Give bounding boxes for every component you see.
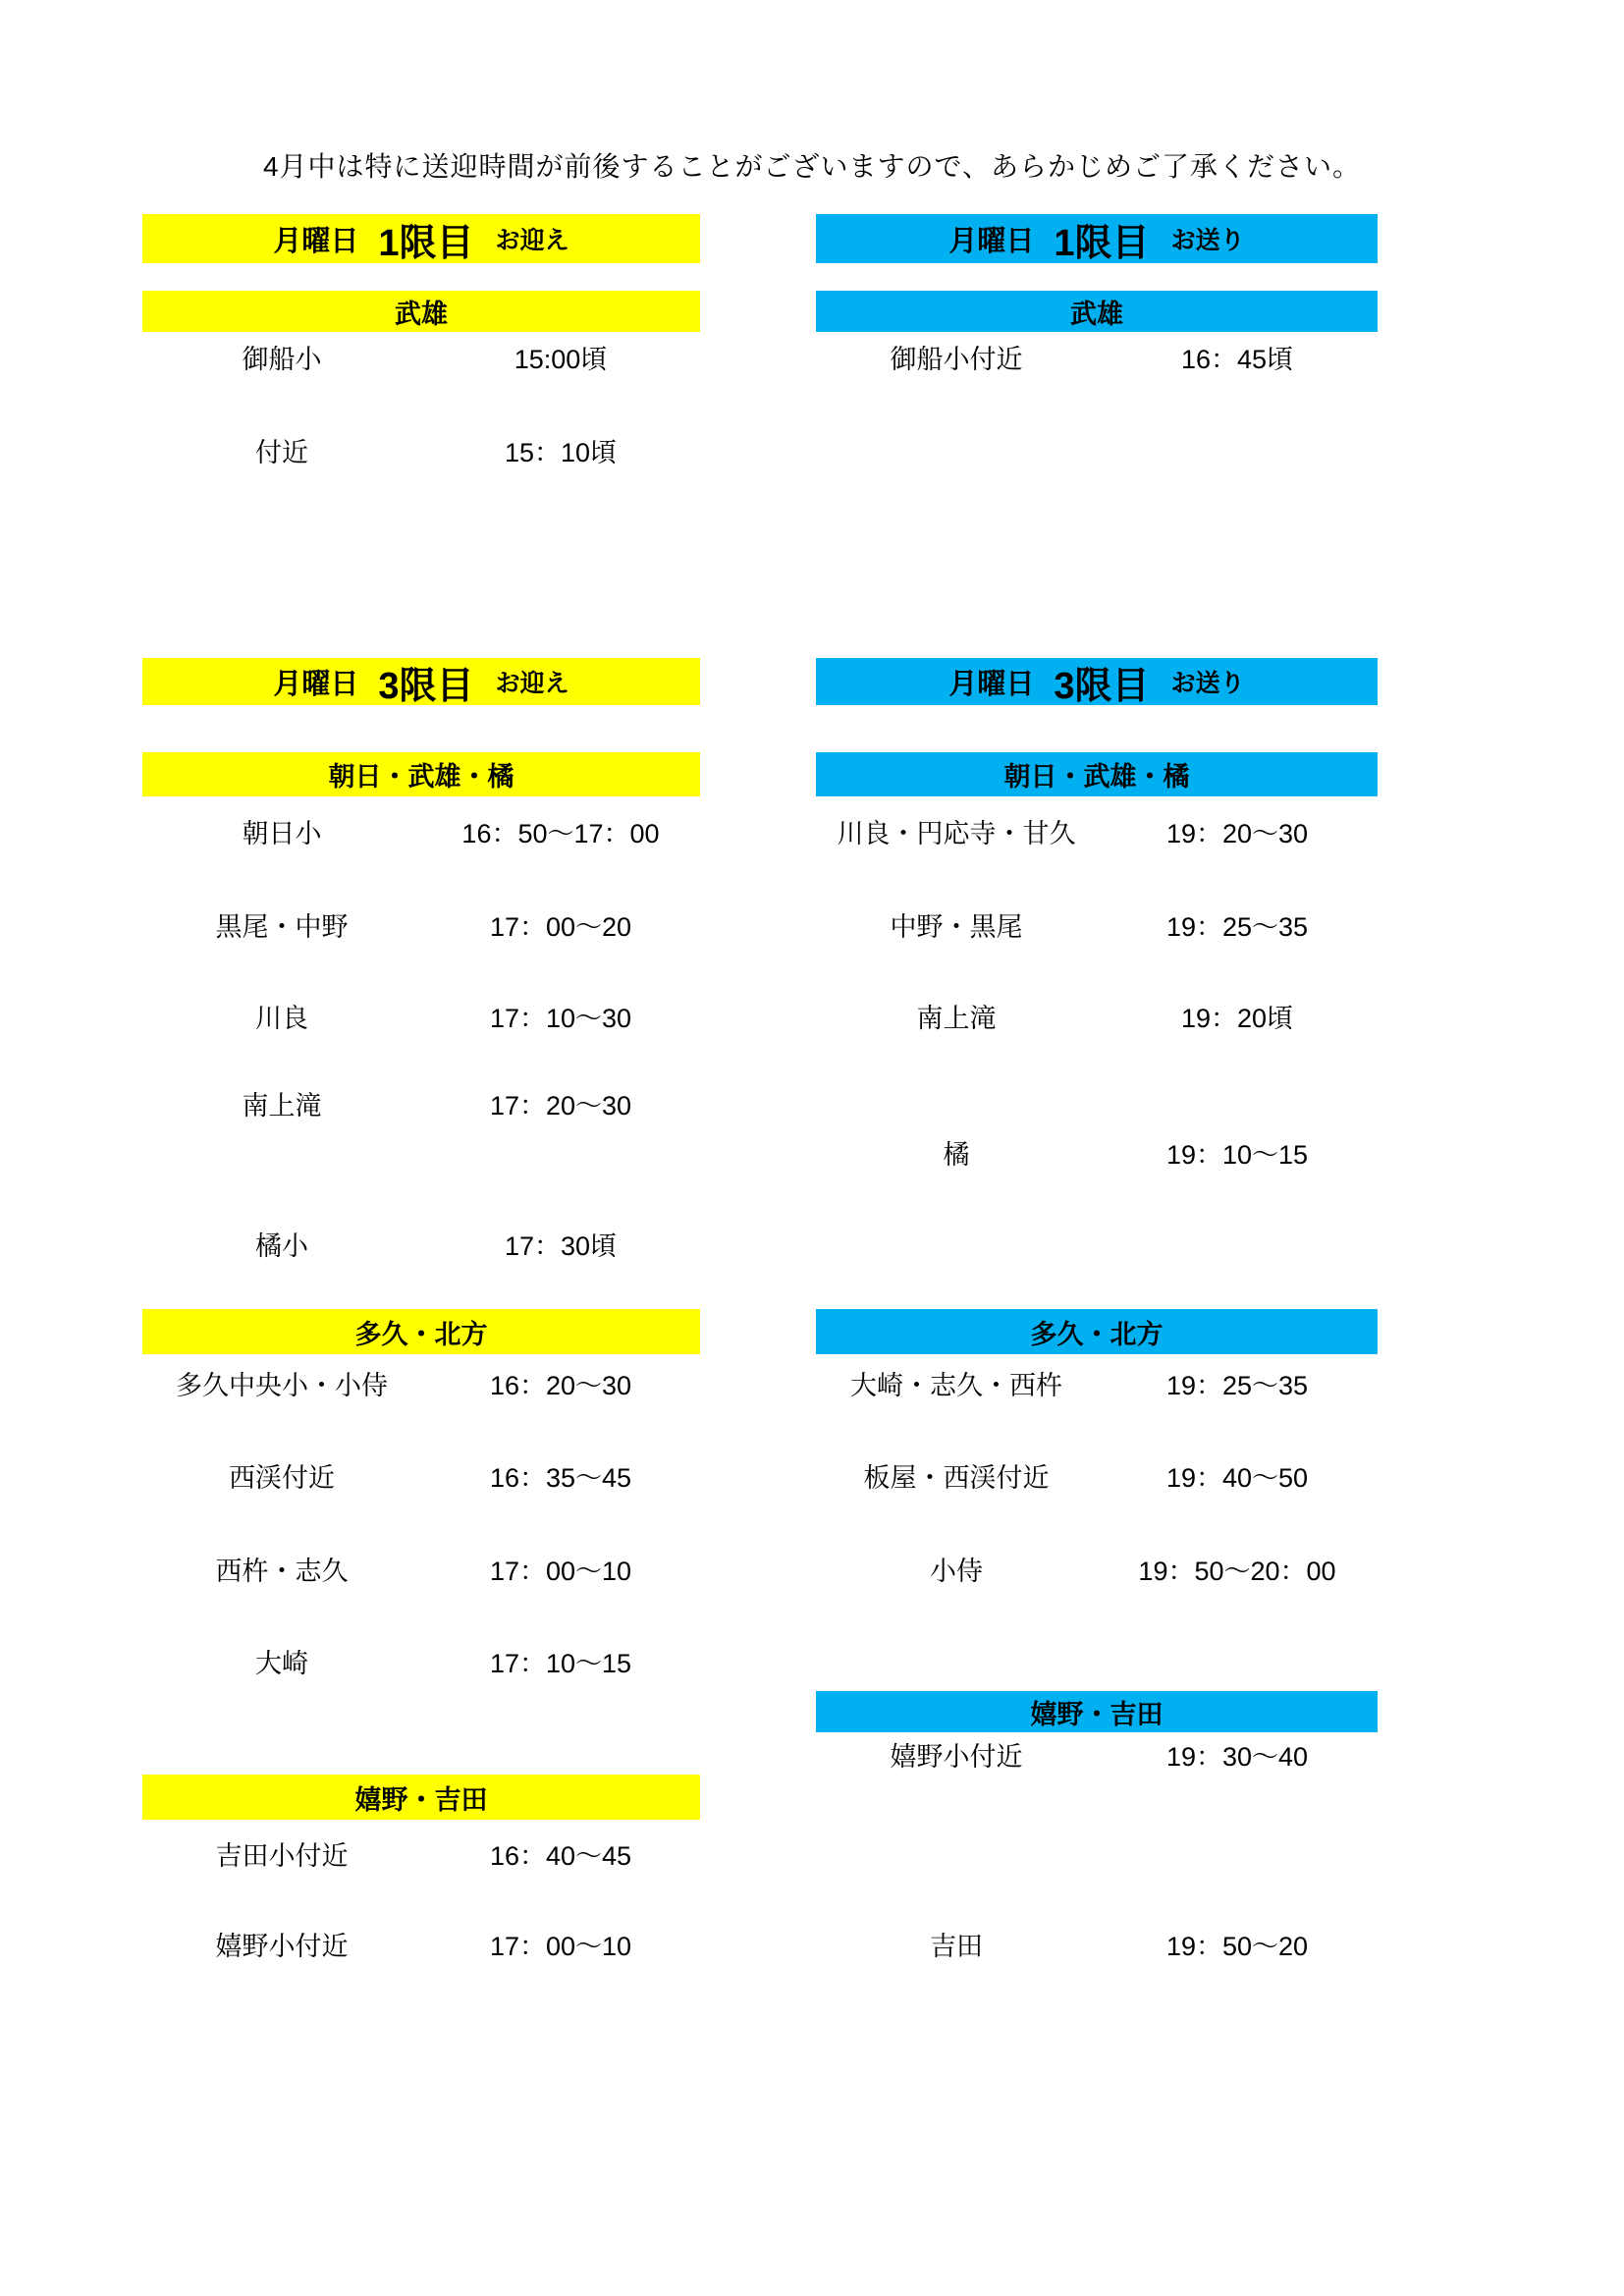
schedule-row: 嬉野小付近 19：30～40 xyxy=(816,1736,1378,1772)
place-label: 御船小 xyxy=(142,338,421,376)
time-value: 19：10～15 xyxy=(1097,1133,1378,1172)
area-band-label: 朝日・武雄・橘 xyxy=(329,755,514,793)
area-band-ureshino-dropoff: 嬉野・吉田 xyxy=(816,1691,1378,1732)
time-value: 19：40～50 xyxy=(1097,1456,1378,1495)
area-band-asahi-dropoff: 朝日・武雄・橘 xyxy=(816,752,1378,796)
time-value: 15:00頃 xyxy=(421,338,700,376)
schedule-row: 橘 19：10～15 xyxy=(816,1134,1378,1170)
area-band-taku-dropoff: 多久・北方 xyxy=(816,1309,1378,1354)
section-header-mon3-dropoff: 月曜日 3限目 お送り xyxy=(816,658,1378,705)
time-value: 16：50～17：00 xyxy=(421,812,700,850)
time-value: 17：00～10 xyxy=(421,1550,700,1588)
time-value: 17：00～10 xyxy=(421,1925,700,1963)
place-label: 西渓付近 xyxy=(142,1456,421,1495)
schedule-row: 付近 15：10頃 xyxy=(142,432,700,467)
area-band-asahi-pickup: 朝日・武雄・橘 xyxy=(142,752,700,796)
place-label: 大崎 xyxy=(142,1642,421,1680)
place-label: 朝日小 xyxy=(142,812,421,850)
place-label: 西杵・志久 xyxy=(142,1550,421,1588)
time-value: 17：30頃 xyxy=(421,1225,700,1263)
schedule-row: 多久中央小・小侍 16：20～30 xyxy=(142,1365,700,1400)
place-label: 板屋・西渓付近 xyxy=(816,1456,1097,1495)
header-period-label: 1限目 xyxy=(1054,212,1149,266)
schedule-row: 西杵・志久 17：00～10 xyxy=(142,1551,700,1586)
place-label: 橘 xyxy=(816,1133,1097,1172)
section-header-mon1-pickup: 月曜日 1限目 お迎え xyxy=(142,214,700,263)
schedule-row: 嬉野小付近 17：00～10 xyxy=(142,1926,700,1961)
area-band-label: 武雄 xyxy=(395,293,448,331)
area-band-takeo-pickup: 武雄 xyxy=(142,291,700,332)
section-header-mon3-pickup: 月曜日 3限目 お迎え xyxy=(142,658,700,705)
schedule-row: 南上滝 19：20頃 xyxy=(816,998,1378,1033)
place-label: 御船小付近 xyxy=(816,338,1097,376)
place-label: 大崎・志久・西杵 xyxy=(816,1364,1097,1402)
place-label: 南上滝 xyxy=(142,1084,421,1122)
schedule-row: 黒尾・中野 17：00～20 xyxy=(142,906,700,942)
time-value: 15：10頃 xyxy=(421,431,700,469)
schedule-row: 大崎・志久・西杵 19：25～35 xyxy=(816,1365,1378,1400)
schedule-row: 橘小 17：30頃 xyxy=(142,1226,700,1261)
schedule-row: 南上滝 17：20～30 xyxy=(142,1085,700,1121)
schedule-row: 朝日小 16：50～17：00 xyxy=(142,813,700,848)
place-label: 多久中央小・小侍 xyxy=(142,1364,421,1402)
schedule-row: 大崎 17：10～15 xyxy=(142,1643,700,1678)
time-value: 19：50～20：00 xyxy=(1097,1550,1378,1588)
time-value: 17：20～30 xyxy=(421,1084,700,1122)
time-value: 19：50～20 xyxy=(1097,1925,1378,1963)
time-value: 19：25～35 xyxy=(1097,1364,1378,1402)
header-day-label: 月曜日 xyxy=(273,662,358,702)
area-band-label: 武雄 xyxy=(1070,293,1123,331)
area-band-ureshino-pickup: 嬉野・吉田 xyxy=(142,1775,700,1820)
schedule-row: 吉田小付近 16：40～45 xyxy=(142,1835,700,1871)
header-kind-label: お送り xyxy=(1171,221,1245,256)
time-value: 19：20～30 xyxy=(1097,812,1378,850)
area-band-takeo-dropoff: 武雄 xyxy=(816,291,1378,332)
time-value: 17：10～15 xyxy=(421,1642,700,1680)
schedule-row: 御船小 15:00頃 xyxy=(142,339,700,374)
header-day-label: 月曜日 xyxy=(273,219,358,259)
area-band-label: 嬉野・吉田 xyxy=(1031,1693,1164,1731)
place-label: 南上滝 xyxy=(816,997,1097,1035)
header-day-label: 月曜日 xyxy=(948,219,1034,259)
header-day-label: 月曜日 xyxy=(948,662,1034,702)
time-value: 19：20頃 xyxy=(1097,997,1378,1035)
place-label: 吉田 xyxy=(816,1925,1097,1963)
schedule-row: 御船小付近 16：45頃 xyxy=(816,339,1378,374)
time-value: 16：35～45 xyxy=(421,1456,700,1495)
place-label: 嬉野小付近 xyxy=(142,1925,421,1963)
header-kind-label: お送り xyxy=(1171,664,1245,699)
place-label: 嬉野小付近 xyxy=(816,1735,1097,1774)
place-label: 付近 xyxy=(142,431,421,469)
header-kind-label: お迎え xyxy=(496,221,569,256)
area-band-label: 多久・北方 xyxy=(1031,1313,1164,1351)
time-value: 16：40～45 xyxy=(421,1834,700,1873)
header-period-label: 3限目 xyxy=(378,655,473,709)
place-label: 川良 xyxy=(142,997,421,1035)
time-value: 16：45頃 xyxy=(1097,338,1378,376)
area-band-taku-pickup: 多久・北方 xyxy=(142,1309,700,1354)
schedule-row: 小侍 19：50～20：00 xyxy=(816,1551,1378,1586)
schedule-row: 西渓付近 16：35～45 xyxy=(142,1457,700,1493)
section-header-mon1-dropoff: 月曜日 1限目 お送り xyxy=(816,214,1378,263)
time-value: 17：00～20 xyxy=(421,905,700,944)
schedule-row: 板屋・西渓付近 19：40～50 xyxy=(816,1457,1378,1493)
place-label: 吉田小付近 xyxy=(142,1834,421,1873)
header-period-label: 3限目 xyxy=(1054,655,1149,709)
place-label: 川良・円応寺・甘久 xyxy=(816,812,1097,850)
place-label: 中野・黒尾 xyxy=(816,905,1097,944)
header-kind-label: お迎え xyxy=(496,664,569,699)
time-value: 19：25～35 xyxy=(1097,905,1378,944)
area-band-label: 嬉野・吉田 xyxy=(355,1778,488,1817)
place-label: 小侍 xyxy=(816,1550,1097,1588)
time-value: 19：30～40 xyxy=(1097,1735,1378,1774)
schedule-row: 中野・黒尾 19：25～35 xyxy=(816,906,1378,942)
place-label: 橘小 xyxy=(142,1225,421,1263)
header-period-label: 1限目 xyxy=(378,212,473,266)
schedule-row: 川良・円応寺・甘久 19：20～30 xyxy=(816,813,1378,848)
notice-text: 4月中は特に送迎時間が前後することがございますので、あらかじめご了承ください。 xyxy=(0,145,1624,185)
area-band-label: 朝日・武雄・橘 xyxy=(1004,755,1190,793)
schedule-row: 川良 17：10～30 xyxy=(142,998,700,1033)
schedule-row: 吉田 19：50～20 xyxy=(816,1926,1378,1961)
time-value: 16：20～30 xyxy=(421,1364,700,1402)
time-value: 17：10～30 xyxy=(421,997,700,1035)
place-label: 黒尾・中野 xyxy=(142,905,421,944)
area-band-label: 多久・北方 xyxy=(355,1313,488,1351)
